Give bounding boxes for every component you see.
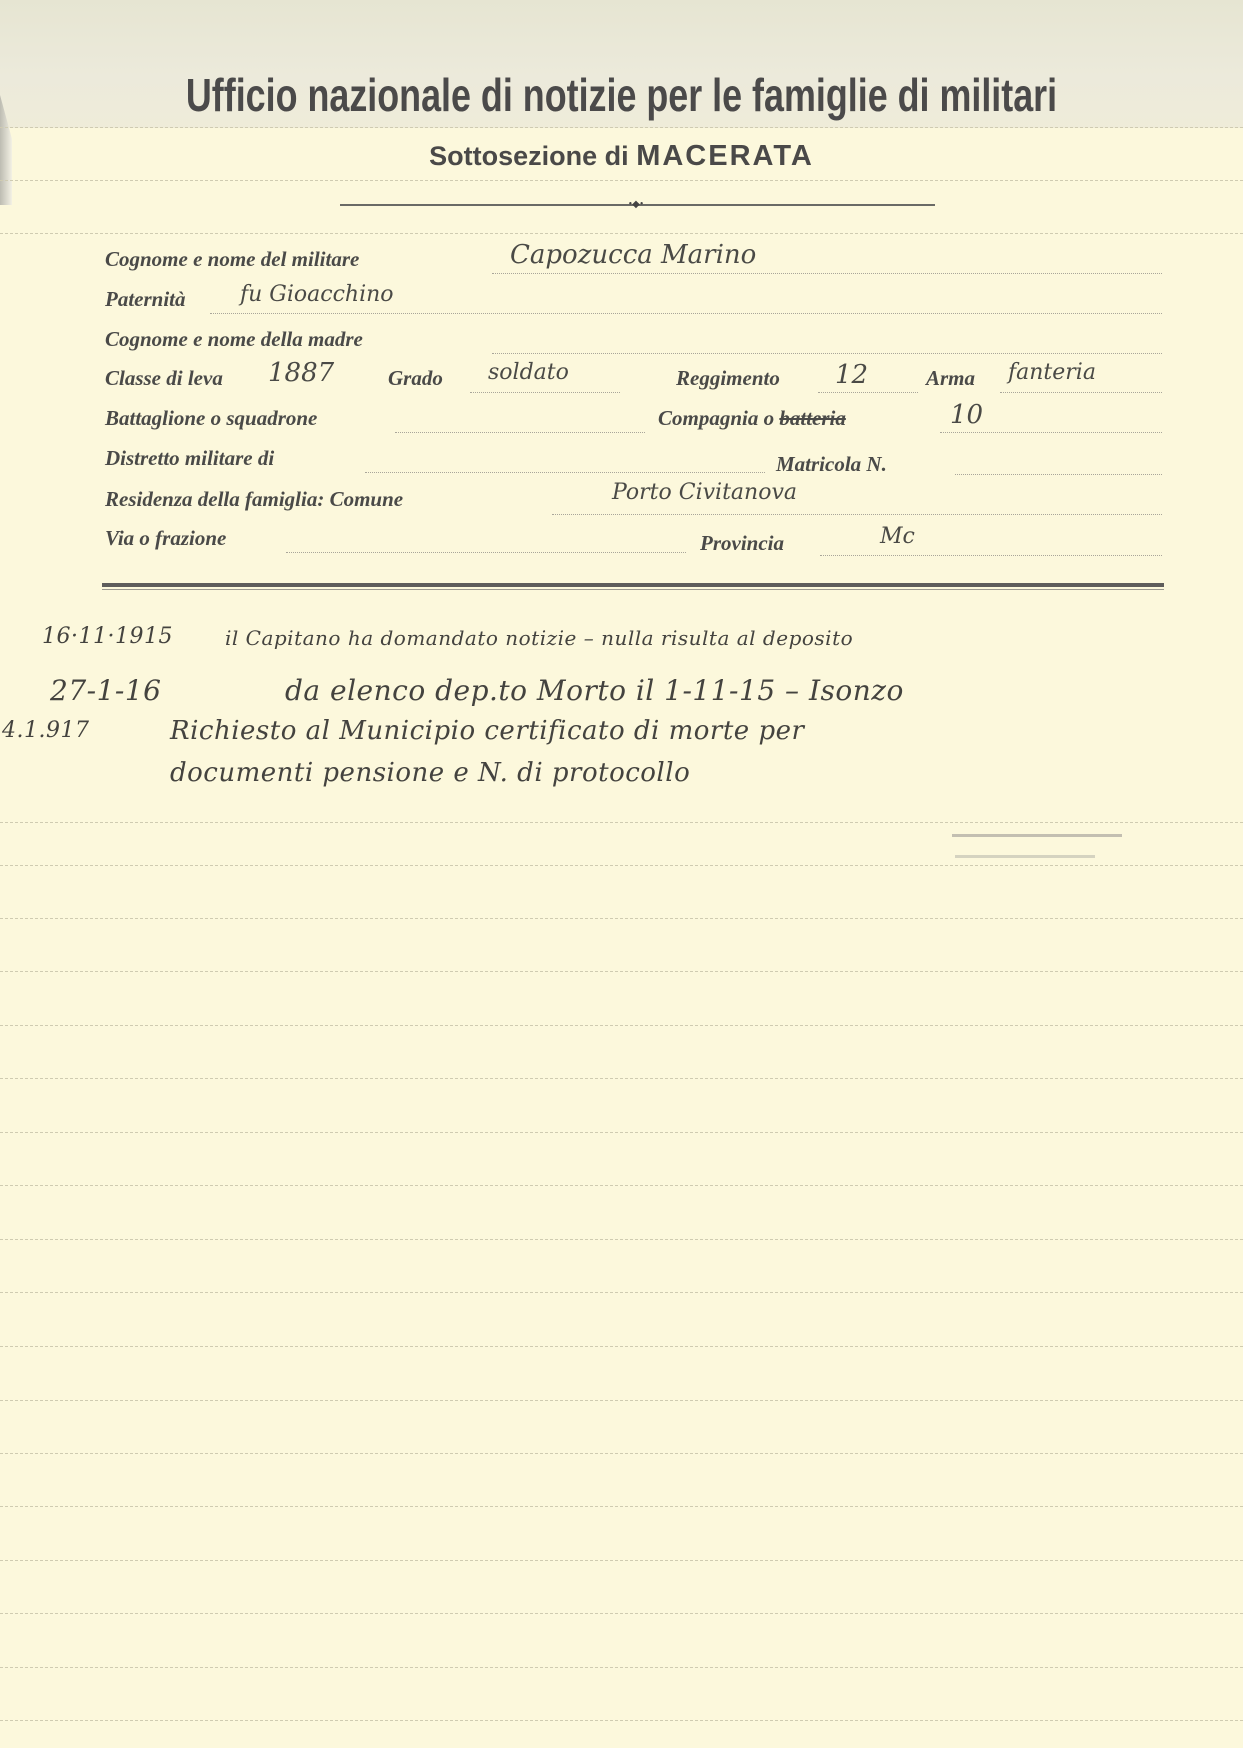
note-4-text: documenti pensione e N. di protocollo [170,758,690,788]
ruled-line [0,1506,1243,1507]
company-label-prefix: Compagnia o [658,406,774,430]
ruled-line [0,1667,1243,1668]
note-1-text: il Capitano ha domandato notizie – nulla… [225,626,853,650]
ruled-line [0,180,1243,181]
subtitle-prefix: Sottosezione di [429,141,629,171]
ruled-line [0,1346,1243,1347]
company-value: 10 [950,400,983,430]
label-street: Via o frazione [105,526,226,551]
residence-line [552,514,1162,515]
label-arm: Arma [926,366,975,391]
label-matricola: Matricola N. [776,452,887,477]
ruled-line [0,971,1243,972]
ruled-line [0,1453,1243,1454]
ornament-icon: •◆• [625,200,647,209]
note-1-date: 16·11·1915 [42,624,173,649]
smudge-mark [955,855,1095,858]
ruled-line [0,1239,1243,1240]
ruled-line [0,1078,1243,1079]
label-residence: Residenza della famiglia: Comune [105,487,403,512]
label-class: Classe di leva [105,366,223,391]
paternity-line [210,313,1162,314]
paternity-value: fu Gioacchino [240,282,394,307]
ruled-line [0,822,1243,823]
section-divider [102,583,1164,587]
matricola-line [955,474,1162,475]
soldier-name-line [492,273,1162,274]
ruled-line [0,865,1243,866]
ruled-line [0,1720,1243,1721]
ruled-line [0,1613,1243,1614]
smudge-mark [952,834,1122,837]
province-line [820,555,1162,556]
regiment-value: 12 [835,360,868,390]
rank-value: soldato [488,360,569,385]
ruled-line [0,1400,1243,1401]
arm-line [1000,392,1162,393]
rank-line [470,392,620,393]
mother-name-line [492,353,1162,354]
label-province: Provincia [700,531,784,556]
company-label-struck: batteria [779,406,846,430]
district-line [365,472,765,473]
section-divider-thin [102,589,1164,590]
label-paternity: Paternità [105,287,186,312]
residence-value: Porto Civitanova [612,480,797,505]
note-2-date: 27-1-16 [50,674,162,707]
class-value: 1887 [268,358,334,388]
soldier-name-value: Capozucca Marino [510,240,756,270]
label-regiment: Reggimento [676,366,780,391]
note-3-text: Richiesto al Municipio certificato di mo… [170,716,804,746]
label-rank: Grado [388,366,443,391]
battalion-line [395,432,645,433]
label-company: Compagnia o batteria [658,406,846,431]
ruled-line [0,1185,1243,1186]
ruled-line [0,1132,1243,1133]
ruled-line [0,1560,1243,1561]
ruled-line [0,1025,1243,1026]
regiment-line [818,392,918,393]
company-line [940,432,1162,433]
street-line [286,552,686,553]
label-district: Distretto militare di [105,446,274,471]
ruled-line [0,127,1243,128]
ruled-line [0,233,1243,234]
label-mother-name: Cognome e nome della madre [105,327,363,352]
document-subtitle: Sottosezione di MACERATA [0,140,1243,173]
label-battalion: Battaglione o squadrone [105,406,317,431]
document-title: Ufficio nazionale di notizie per le fami… [137,68,1107,122]
label-soldier-name: Cognome e nome del militare [105,247,359,272]
ruled-line [0,918,1243,919]
arm-value: fanteria [1008,360,1096,385]
note-3-date: 4.1.917 [2,718,89,743]
subtitle-city: MACERATA [636,140,814,172]
province-value: Mc [880,524,915,549]
note-2-text: da elenco dep.to Morto il 1-11-15 – Ison… [285,674,904,707]
ruled-line [0,1292,1243,1293]
